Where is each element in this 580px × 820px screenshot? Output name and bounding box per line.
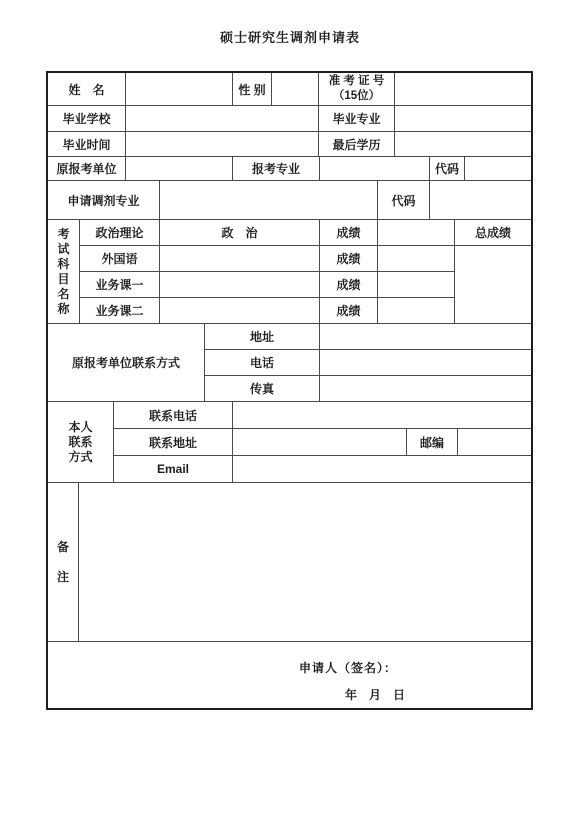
orig-unit-field[interactable] — [126, 157, 233, 180]
row-grad-time: 毕业时间 最后学历 — [48, 132, 531, 157]
transfer-major-label: 申请调剂专业 — [48, 181, 160, 219]
remarks-section: 备 注 — [48, 483, 531, 642]
form-title: 硕士研究生调剂申请表 — [0, 27, 580, 46]
address-field[interactable] — [320, 324, 531, 349]
score-label-foreign-language: 成绩 — [320, 246, 378, 271]
course-name-politics[interactable]: 政 治 — [160, 220, 320, 245]
exam-row-politics: 政治理论 政 治 成绩 — [80, 220, 454, 246]
score-field-politics[interactable] — [378, 220, 454, 245]
email-label: Email — [114, 456, 233, 482]
row-school: 毕业学校 毕业专业 — [48, 106, 531, 132]
remarks-label: 备 注 — [48, 483, 79, 641]
postcode-field[interactable] — [458, 429, 531, 455]
school-field[interactable] — [126, 106, 319, 131]
application-table: 姓 名 性 别 准 考 证 号 （15位） 毕业学校 毕业专业 毕业时间 最后学… — [46, 71, 533, 710]
phone-field[interactable] — [320, 350, 531, 375]
applied-major-field[interactable] — [320, 157, 430, 180]
orig-contact-label: 原报考单位联系方式 — [48, 324, 205, 401]
personal-contact-section: 本人 联系 方式 联系电话 联系地址 邮编 Email — [48, 402, 531, 483]
applied-code-field[interactable] — [465, 157, 531, 180]
gender-label: 性 别 — [233, 73, 272, 105]
last-degree-label: 最后学历 — [319, 132, 395, 156]
contact-address-label: 联系地址 — [114, 429, 233, 455]
personal-contact-row-phone: 联系电话 — [114, 402, 531, 429]
contact-phone-label: 联系电话 — [114, 402, 233, 428]
grad-time-label: 毕业时间 — [48, 132, 126, 156]
email-field[interactable] — [233, 456, 531, 482]
grad-major-label: 毕业专业 — [319, 106, 395, 131]
orig-contact-section: 原报考单位联系方式 地址 电话 传真 — [48, 324, 531, 402]
postcode-label: 邮编 — [407, 429, 458, 455]
last-degree-field[interactable] — [395, 132, 531, 156]
orig-unit-label: 原报考单位 — [48, 157, 126, 180]
name-field[interactable] — [126, 73, 233, 105]
exam-row-course-two: 业务课二 成绩 — [80, 298, 454, 323]
phone-label: 电话 — [205, 350, 320, 375]
total-score-label: 总成绩 — [455, 220, 531, 246]
exam-rows: 政治理论 政 治 成绩 外国语 成绩 业务课一 成绩 — [80, 220, 454, 323]
subject-label-course-two: 业务课二 — [80, 298, 160, 323]
ticket-field[interactable] — [395, 73, 531, 105]
contact-address-field[interactable] — [233, 429, 407, 455]
applicant-signature-label: 申请人（签名）： — [299, 659, 531, 676]
row-transfer-major: 申请调剂专业 代码 — [48, 181, 531, 220]
exam-section-label: 考 试 科 目 名 称 — [48, 220, 80, 323]
personal-contact-label: 本人 联系 方式 — [48, 402, 114, 482]
total-score-field[interactable] — [455, 246, 531, 323]
fax-label: 传真 — [205, 376, 320, 401]
address-label: 地址 — [205, 324, 320, 349]
grad-time-field[interactable] — [126, 132, 319, 156]
subject-label-politics: 政治理论 — [80, 220, 160, 245]
row-name: 姓 名 性 别 准 考 证 号 （15位） — [48, 73, 531, 106]
school-label: 毕业学校 — [48, 106, 126, 131]
contact-phone-field[interactable] — [233, 402, 531, 428]
orig-contact-rows: 地址 电话 传真 — [205, 324, 531, 401]
remarks-field[interactable] — [79, 483, 531, 641]
orig-contact-row-address: 地址 — [205, 324, 531, 350]
course-name-course-two-field[interactable] — [160, 298, 320, 323]
name-label: 姓 名 — [48, 73, 126, 105]
date-label: 年 月 日 — [345, 686, 531, 703]
transfer-code-label: 代码 — [378, 181, 430, 219]
score-label-course-two: 成绩 — [320, 298, 378, 323]
total-score-column: 总成绩 — [454, 220, 531, 323]
signature-cell[interactable]: 申请人（签名）： 年 月 日 — [48, 642, 531, 708]
row-original-unit: 原报考单位 报考专业 代码 — [48, 157, 531, 181]
orig-contact-row-fax: 传真 — [205, 376, 531, 401]
exam-row-foreign-language: 外国语 成绩 — [80, 246, 454, 272]
transfer-code-field[interactable] — [430, 181, 531, 219]
exam-section: 考 试 科 目 名 称 政治理论 政 治 成绩 外国语 成绩 业务课一 — [48, 220, 531, 324]
gender-field[interactable] — [272, 73, 319, 105]
applied-major-label: 报考专业 — [233, 157, 320, 180]
personal-contact-rows: 联系电话 联系地址 邮编 Email — [114, 402, 531, 482]
grad-major-field[interactable] — [395, 106, 531, 131]
applied-code-label: 代码 — [430, 157, 465, 180]
fax-field[interactable] — [320, 376, 531, 401]
score-label-course-one: 成绩 — [320, 272, 378, 297]
exam-row-course-one: 业务课一 成绩 — [80, 272, 454, 298]
personal-contact-row-email: Email — [114, 456, 531, 482]
personal-contact-row-address: 联系地址 邮编 — [114, 429, 531, 456]
subject-label-course-one: 业务课一 — [80, 272, 160, 297]
score-field-course-two[interactable] — [378, 298, 454, 323]
orig-contact-row-phone: 电话 — [205, 350, 531, 376]
course-name-course-one-field[interactable] — [160, 272, 320, 297]
score-label-politics: 成绩 — [320, 220, 378, 245]
ticket-label: 准 考 证 号 （15位） — [319, 73, 395, 105]
signature-row: 申请人（签名）： 年 月 日 — [48, 642, 531, 708]
subject-label-foreign-language: 外国语 — [80, 246, 160, 271]
score-field-course-one[interactable] — [378, 272, 454, 297]
page: 硕士研究生调剂申请表 姓 名 性 别 准 考 证 号 （15位） 毕业学校 毕业… — [0, 0, 580, 820]
transfer-major-field[interactable] — [160, 181, 378, 219]
score-field-foreign-language[interactable] — [378, 246, 454, 271]
course-name-foreign-language-field[interactable] — [160, 246, 320, 271]
